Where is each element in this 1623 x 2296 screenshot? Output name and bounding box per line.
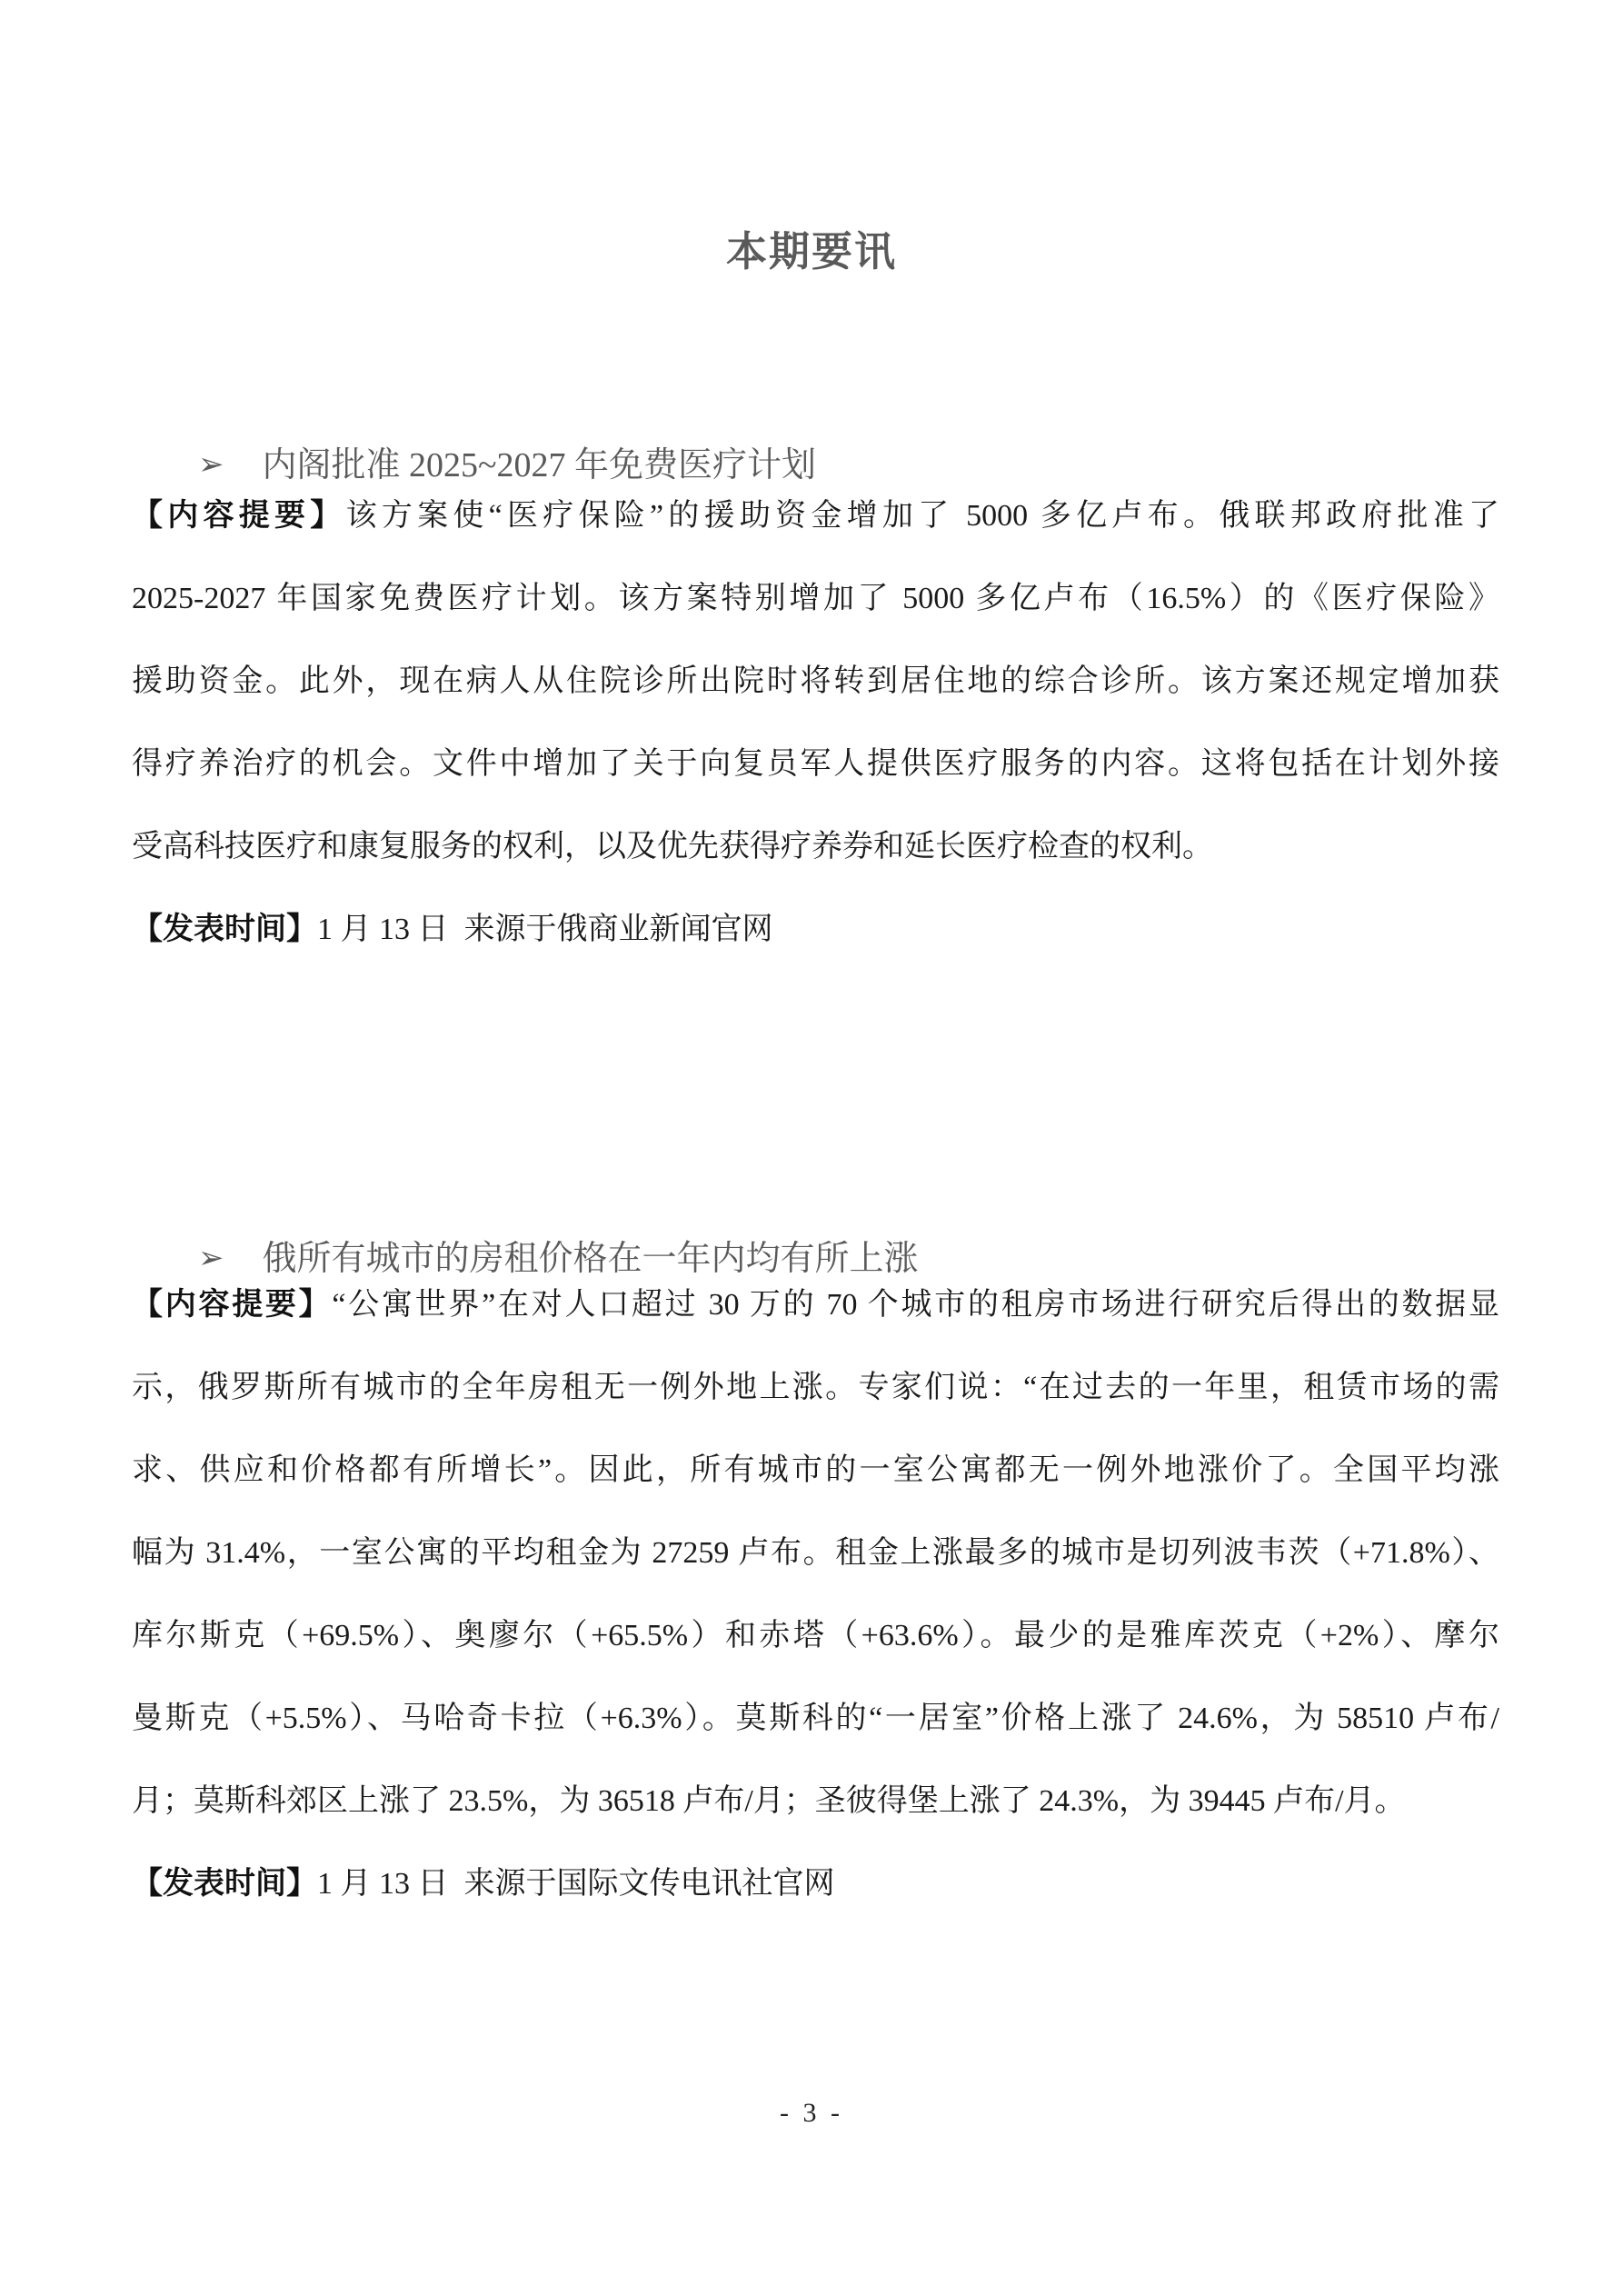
body-line: 曼斯克（+5.5%）、马哈奇卡拉（+6.3%）。莫斯科的“一居室”价格上涨了 2… <box>132 1677 1499 1760</box>
body-line-text: 得疗养治疗的机会。文件中增加了关于向复员军人提供医疗服务的内容。这将包括在计划外… <box>132 747 1499 781</box>
body-line: 受高科技医疗和康复服务的权利，以及优先获得疗养券和延长医疗检查的权利。 <box>132 805 1499 888</box>
summary-label: 【内容提要】 <box>132 499 346 533</box>
page-title: 本期要讯 <box>0 218 1623 277</box>
body-line-text: 月；莫斯科郊区上涨了 23.5%，为 36518 卢布/月；圣彼得堡上涨了 24… <box>132 1784 1406 1818</box>
body-line-text: 该方案使“医疗保险”的援助资金增加了 5000 多亿卢布。俄联邦政府批准了 <box>346 499 1499 533</box>
page-number: - 3 - <box>0 2098 1623 2129</box>
section-body-medical-plan: 【内容提要】该方案使“医疗保险”的援助资金增加了 5000 多亿卢布。俄联邦政府… <box>132 474 1499 971</box>
publish-line: 【发表时间】1 月 13 日 来源于俄商业新闻官网 <box>132 888 1499 971</box>
body-line-text: 库尔斯克（+69.5%）、奥廖尔（+65.5%）和赤塔（+63.6%）。最少的是… <box>132 1619 1499 1652</box>
publish-label: 【发表时间】 <box>132 913 317 946</box>
body-line-text: 2025-2027 年国家免费医疗计划。该方案特别增加了 5000 多亿卢布（1… <box>132 582 1499 615</box>
publish-label: 【发表时间】 <box>132 1867 317 1901</box>
body-line-text: 援助资金。此外，现在病人从住院诊所出院时将转到居住地的综合诊所。该方案还规定增加… <box>132 664 1499 698</box>
body-line-text: 曼斯克（+5.5%）、马哈奇卡拉（+6.3%）。莫斯科的“一居室”价格上涨了 2… <box>132 1702 1499 1735</box>
body-line: 月；莫斯科郊区上涨了 23.5%，为 36518 卢布/月；圣彼得堡上涨了 24… <box>132 1760 1499 1842</box>
body-line: 得疗养治疗的机会。文件中增加了关于向复员军人提供医疗服务的内容。这将包括在计划外… <box>132 723 1499 805</box>
body-line: 库尔斯克（+69.5%）、奥廖尔（+65.5%）和赤塔（+63.6%）。最少的是… <box>132 1594 1499 1677</box>
body-line: 【内容提要】该方案使“医疗保险”的援助资金增加了 5000 多亿卢布。俄联邦政府… <box>132 474 1499 557</box>
publish-text: 1 月 13 日 来源于俄商业新闻官网 <box>317 913 773 946</box>
body-line-text: 幅为 31.4%，一室公寓的平均租金为 27259 卢布。租金上涨最多的城市是切… <box>132 1536 1499 1570</box>
body-line: 幅为 31.4%，一室公寓的平均租金为 27259 卢布。租金上涨最多的城市是切… <box>132 1512 1499 1594</box>
publish-text: 1 月 13 日 来源于国际文传电讯社官网 <box>317 1867 835 1901</box>
body-line: 求、供应和价格都有所增长”。因此，所有城市的一室公寓都无一例外地涨价了。全国平均… <box>132 1429 1499 1512</box>
body-line: 援助资金。此外，现在病人从住院诊所出院时将转到居住地的综合诊所。该方案还规定增加… <box>132 640 1499 723</box>
body-line-text: 示，俄罗斯所有城市的全年房租无一例外地上涨。专家们说：“在过去的一年里，租赁市场… <box>132 1371 1499 1404</box>
body-line: 示，俄罗斯所有城市的全年房租无一例外地上涨。专家们说：“在过去的一年里，租赁市场… <box>132 1346 1499 1429</box>
body-line-text: 求、供应和价格都有所增长”。因此，所有城市的一室公寓都无一例外地涨价了。全国平均… <box>132 1453 1499 1487</box>
body-line-text: “公寓世界”在对人口超过 30 万的 70 个城市的租房市场进行研究后得出的数据… <box>332 1288 1499 1322</box>
body-line: 【内容提要】“公寓世界”在对人口超过 30 万的 70 个城市的租房市场进行研究… <box>132 1263 1499 1346</box>
publish-line: 【发表时间】1 月 13 日 来源于国际文传电讯社官网 <box>132 1842 1499 1925</box>
body-line-text: 受高科技医疗和康复服务的权利，以及优先获得疗养券和延长医疗检查的权利。 <box>132 830 1213 863</box>
summary-label: 【内容提要】 <box>132 1288 332 1322</box>
section-body-rent-prices: 【内容提要】“公寓世界”在对人口超过 30 万的 70 个城市的租房市场进行研究… <box>132 1263 1499 1925</box>
document-page: 本期要讯 ➢内阁批准 2025~2027 年免费医疗计划 【内容提要】该方案使“… <box>0 0 1623 2296</box>
body-line: 2025-2027 年国家免费医疗计划。该方案特别增加了 5000 多亿卢布（1… <box>132 557 1499 640</box>
